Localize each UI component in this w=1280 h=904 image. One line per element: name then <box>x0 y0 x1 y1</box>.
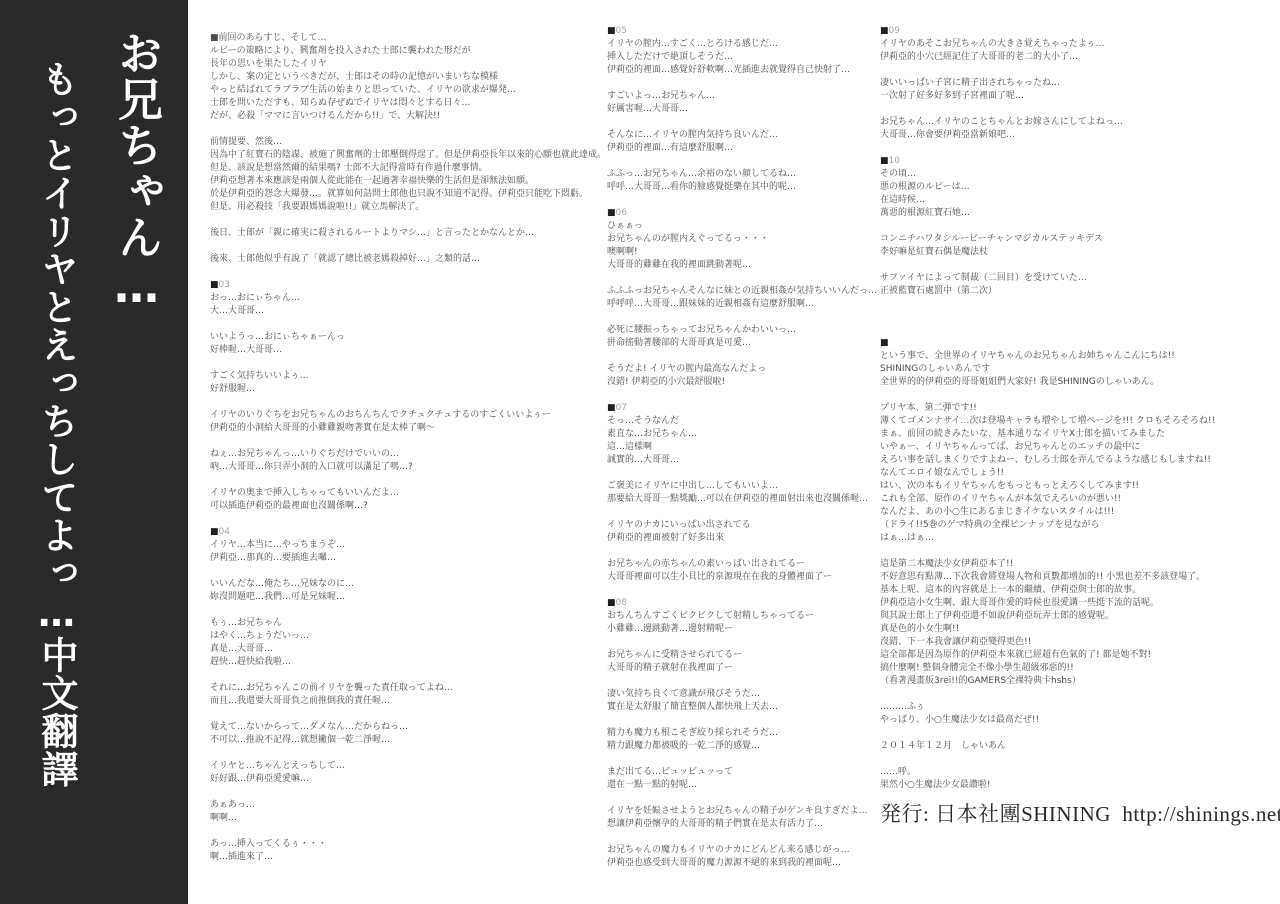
blank-line <box>210 604 606 617</box>
text-line: 伊莉亞想著本來應該是兩個人從此能在一起過著幸福快樂的生活但是卻無法如願。 <box>210 175 606 188</box>
text-line: はぁ…はぁ… <box>880 532 1276 545</box>
blank-line <box>607 545 879 558</box>
text-line: 伊莉亞…那真的…要插進去囉… <box>210 552 606 565</box>
text-line: 素直な…お兄ちゃん… <box>607 428 879 441</box>
text-line: コンニチハワタシルービーチャンマジカルステッキデス <box>880 233 1276 246</box>
text-line: 後日、士郎が「親に確実に殺されるルートよりマシ…」と言ったとかなんとか… <box>210 227 606 240</box>
blank-line <box>210 786 606 799</box>
text-line: 好好跟…伊莉亞愛愛嘛… <box>210 773 606 786</box>
text-line: 拼命搖動著腰部的大哥哥真是可愛… <box>607 337 879 350</box>
blank-line <box>607 831 879 844</box>
square-bullet-icon: ■ <box>607 403 616 413</box>
text-line: そんなに…イリヤの膣内気持ち良いんだ… <box>607 129 879 142</box>
square-bullet-icon: ■ <box>880 26 889 36</box>
text-line: 長年の思いを果たしたイリヤ <box>210 58 606 71</box>
text-line: 不好意思有點薄…下次我會將登場人物和頁數都增加的!! 小黑也差不多該登場了。 <box>880 571 1276 584</box>
text-line: 伊莉亞的小穴已經記住了大哥哥的老二的大小了… <box>880 51 1276 64</box>
text-line: ルビーの策略により、興奮剤を投入された士郎に襲われた形だが <box>210 45 606 58</box>
book-subtitle-translation-vertical: もっとイリヤとえっちしてよっ…中文翻譯 <box>38 60 75 788</box>
text-line: ご褒美にイリヤに中出し…してもいいよ… <box>607 480 879 493</box>
text-line: 與其說士郎上了伊莉亞還不如說伊莉亞玩弄士郎的感覺呢。 <box>880 610 1276 623</box>
text-line: 於是伊莉亞的怨念大爆發…。就算如何詰問士郎他也只說不知道不記得。伊莉亞只能吃下悶… <box>210 188 606 201</box>
text-line: 好厲害喔…大哥哥… <box>607 103 879 116</box>
blank-line <box>607 636 879 649</box>
text-line: なんだよ、あの小○生にあるまじきイケないスタイルは!!! <box>880 506 1276 519</box>
text-line: 悪の根源のルビーは… <box>880 181 1276 194</box>
book-title-vertical: お兄ちゃん… <box>114 30 159 314</box>
blank-line <box>607 675 879 688</box>
blank-line <box>607 155 879 168</box>
section-number: 04 <box>219 527 230 537</box>
section-number: 07 <box>616 403 627 413</box>
text-line: いいようっ…おにぃちゃぁーんっ <box>210 331 606 344</box>
text-line: 趕快…趕快給我啦… <box>210 656 606 669</box>
text-line: お兄ちゃんのが膣内えぐってるっ・・・ <box>607 233 879 246</box>
text-line: という事で、全世界のイリヤちゃんのお兄ちゃんお姉ちゃんこんにちは!! <box>880 350 1276 363</box>
section-marker: ■ <box>880 337 1276 350</box>
text-line: 但是、該說是想當然爾的結果嗎? 士郎不大記得當時有作過什麼事情。 <box>210 162 606 175</box>
text-line: えろい事を話しまくりですよねー、むしろ士郎を弄んでるような感じもしますね!! <box>880 454 1276 467</box>
blank-line <box>210 474 606 487</box>
blank-line <box>607 194 879 207</box>
text-line: しかし、案の定というべきだが、士郎はその時の記憶がいまいちな模様 <box>210 71 606 84</box>
section-marker: ■05 <box>607 25 879 38</box>
text-line: 精力跟魔力都被吸的一乾二淨的感覺… <box>607 740 879 753</box>
square-bullet-icon: ■ <box>607 208 616 218</box>
publisher-line: 発行: 日本社團SHINING http://shinings.net/ <box>880 798 1280 828</box>
section-number: 09 <box>889 26 900 36</box>
blank-line <box>880 727 1276 740</box>
text-line: すごいよっ…お兄ちゃん… <box>607 90 879 103</box>
blank-line <box>880 389 1276 402</box>
square-bullet-icon: ■ <box>210 527 219 537</box>
text-line: 伊莉亞這小女生啊、跟大哥哥作愛的時候也很愛講一些挺下流的話呢。 <box>880 597 1276 610</box>
blank-line <box>880 753 1276 766</box>
blank-line <box>210 708 606 721</box>
blank-line <box>607 714 879 727</box>
blank-line <box>607 584 879 597</box>
text-line: 覚えて…ないからって…ダメなん…だからねっ… <box>210 721 606 734</box>
text-line: 凄い気持ち良くて意識が飛びそうだ… <box>607 688 879 701</box>
text-line: イリヤのあそこお兄ちゃんの大きさ覚えちゃったよぅ… <box>880 38 1276 51</box>
text-line: 還在一點一點的射呢… <box>607 779 879 792</box>
blank-line <box>880 103 1276 116</box>
text-line: いいんだな…俺たち…兄妹なのに… <box>210 578 606 591</box>
text-line: やっと結ばれてラブラブ生活の始まりと思っていた、イリヤの欲求が爆発… <box>210 84 606 97</box>
text-line: 伊莉亞的裡面…有這麼舒服啊… <box>607 142 879 155</box>
text-line: 基本上呢、這本的內容就是上一本的繼續、伊莉亞與士郎的故事。 <box>880 584 1276 597</box>
blank-line <box>607 506 879 519</box>
text-line: お兄ちゃんに受精させられてるー <box>607 649 879 662</box>
text-line: 啊啊… <box>210 812 606 825</box>
blank-line <box>210 747 606 760</box>
text-line: 伊莉亞也感受到大哥哥的魔力源源不絕的來到我的裡面呢… <box>607 857 879 870</box>
section-marker: ■03 <box>210 279 606 292</box>
text-line: 可以插進伊莉亞的最裡面也沒關係啊…? <box>210 500 606 513</box>
blank-line <box>607 389 879 402</box>
text-line: ふふっ…お兄ちゃん…余裕のない顔してるね… <box>607 168 879 181</box>
text-line: あぁあっ… <box>210 799 606 812</box>
title-sidebar: お兄ちゃん… もっとイリヤとえっちしてよっ…中文翻譯 <box>0 0 188 904</box>
doujinshi-afterword-page: お兄ちゃん… もっとイリヤとえっちしてよっ…中文翻譯 ■前回のあらすじ、そして…… <box>0 0 1280 904</box>
text-line: ■前回のあらすじ、そして… <box>210 32 606 45</box>
text-line: だが、必殺「ママに言いつけるんだから!!」で、大解決!! <box>210 110 606 123</box>
blank-line <box>210 357 606 370</box>
blank-line <box>880 220 1276 233</box>
text-line: イリヤのナカにいっぱい出されてる <box>607 519 879 532</box>
text-line: いやぁー、イリヤちゃんってば、お兄ちゃんとのエッチの最中に <box>880 441 1276 454</box>
blank-line <box>607 311 879 324</box>
section-marker: ■06 <box>607 207 879 220</box>
text-line: ……呼。 <box>880 766 1276 779</box>
square-bullet-icon: ■ <box>210 280 219 290</box>
text-line: 而且…我還要大哥哥負之前推倒我的責任喔… <box>210 695 606 708</box>
section-marker: ■07 <box>607 402 879 415</box>
text-line: 伊莉亞的小洞給大哥哥的小雞雞親吻著實在是太棒了啊～ <box>210 422 606 435</box>
text-line: 好棒喔…大哥哥… <box>210 344 606 357</box>
text-line: それに…お兄ちゃんこの前イリヤを襲った責任取ってよね… <box>210 682 606 695</box>
text-line: （看著漫畫版3rei!!的GAMERS全裸特典卡hshs） <box>880 675 1276 688</box>
blank-line <box>607 116 879 129</box>
text-line: もぅ…お兄ちゃん <box>210 617 606 630</box>
text-line: 啊…插進來了… <box>210 851 606 864</box>
text-line: 沒錯、下一本我會讓伊莉亞變得更色!! <box>880 636 1276 649</box>
text-line: おちんちんすごくビクビクして射精しちゃってるー <box>607 610 879 623</box>
text-line: 實在是太舒服了簡直整個人都快飛上天去… <box>607 701 879 714</box>
text-line: 那要給大哥哥一點獎勵…可以在伊莉亞的裡面射出來也沒關係喔… <box>607 493 879 506</box>
text-line: お兄ちゃんの魔力もイリヤのナカにどんどん来る感じがっ… <box>607 844 879 857</box>
text-line: 伊莉亞的裡面…感覺好舒軟啊…光插進去就覺得自己快射了… <box>607 64 879 77</box>
text-line: 吶…大哥哥…你只弄小洞的入口就可以滿足了嗎…? <box>210 461 606 474</box>
text-line: イリヤと…ちゃんとえっちして… <box>210 760 606 773</box>
text-line: ひぁぁっ <box>607 220 879 233</box>
section-number: 06 <box>616 208 627 218</box>
section-number: 03 <box>219 280 230 290</box>
text-line: お兄ちゃんの赤ちゃんの素いっぱい出されてるー <box>607 558 879 571</box>
text-line: 這是第二本魔法少女伊莉亞本了!! <box>880 558 1276 571</box>
blank-line <box>880 142 1276 155</box>
text-line: 真是…大哥哥… <box>210 643 606 656</box>
text-line: イリヤを妊娠させようとお兄ちゃんの精子がゲンキ良すぎだよ… <box>607 805 879 818</box>
blank-line <box>880 298 1276 311</box>
text-line: SHININGのしゃいあんです <box>880 363 1276 376</box>
text-line: 搞什麼啊! 整個身體完全不像小學生超級邪惡的!! <box>880 662 1276 675</box>
blank-line <box>210 513 606 526</box>
text-line: はやく…ちょうだいっ… <box>210 630 606 643</box>
text-line: 前情提要、然後… <box>210 136 606 149</box>
text-line: おっ…おにぃちゃん… <box>210 292 606 305</box>
text-line: あっ…挿入ってくるぅ・・・ <box>210 838 606 851</box>
text-line: 不可以…推說不記得…就想撇個一乾二淨喔… <box>210 734 606 747</box>
text-line: 一次射了好多好多到子宮裡面了呢… <box>880 90 1276 103</box>
text-line: ………ふぅ <box>880 701 1276 714</box>
text-line: なんてエロイ娘なんでしょう!! <box>880 467 1276 480</box>
text-line: 呼呼…大哥哥…看你的臉感覺挺樂在其中的呢… <box>607 181 879 194</box>
blank-line <box>880 688 1276 701</box>
text-line: （ドライ!!5巻のゲマ特典の全裸ピンナップを見ながら <box>880 519 1276 532</box>
text-line: 在這時候… <box>880 194 1276 207</box>
text-line: 正被藍寶石處罰中（第二次） <box>880 285 1276 298</box>
text-line: 挿入しただけで絶頂しそうだ… <box>607 51 879 64</box>
text-line: 大哥哥的雞雞在我的裡面跳動著呢… <box>607 259 879 272</box>
text-line: 大哥哥…你會要伊莉亞當新娘吧… <box>880 129 1276 142</box>
blank-line <box>210 669 606 682</box>
text-column-3: ■09イリヤのあそこお兄ちゃんの大きさ覚えちゃったよぅ…伊莉亞的小穴已經記住了大… <box>880 25 1276 792</box>
text-line: イリヤの膣内…すごく…とろける感じだ… <box>607 38 879 51</box>
text-line: プリヤ本、第二弾です!! <box>880 402 1276 415</box>
text-line: 沒錯! 伊莉亞的小穴最舒服啦! <box>607 376 879 389</box>
blank-line <box>210 240 606 253</box>
text-line: ふふふっお兄ちゃんそんなに妹との近親相姦が気持ちいいんだっ… <box>607 285 879 298</box>
text-line: 伊莉亞的裡面被射了好多出來 <box>607 532 879 545</box>
section-marker: ■09 <box>880 25 1276 38</box>
text-line: 萬惡的根源紅寶石她… <box>880 207 1276 220</box>
square-bullet-icon: ■ <box>607 26 616 36</box>
blank-line <box>880 545 1276 558</box>
text-line: 全世界的的伊莉亞的哥哥姐姐們大家好! 我是SHININGのしゃいあん。 <box>880 376 1276 389</box>
blank-line <box>607 350 879 363</box>
section-number: 10 <box>889 156 900 166</box>
text-line: 呼呼呼…大哥哥…跟妹妹的近親相姦有這麼舒服啊… <box>607 298 879 311</box>
text-line: まぁ、前回の続きみたいな、基本通りなイリヤX士郎を描いてみました <box>880 428 1276 441</box>
text-line: ２０１４年１２月 しゃいあん <box>880 740 1276 753</box>
text-line: お兄ちゃん…イリヤのことちゃんとお嫁さんにしてよねっ… <box>880 116 1276 129</box>
section-marker: ■04 <box>210 526 606 539</box>
text-line: 士郎を問いただすも、知らぬ存ぜぬでイリヤは悶々とする日々… <box>210 97 606 110</box>
blank-line <box>607 272 879 285</box>
text-line: 噢啊啊! <box>607 246 879 259</box>
blank-line <box>210 565 606 578</box>
text-line: 凄いいっぱい子宮に精子出されちゃったね… <box>880 77 1276 90</box>
text-line: 薄くてゴメンナサイ…次は登場キャラも増やして増ページを!!! クロもそろそろね!… <box>880 415 1276 428</box>
text-line: 果然小○生魔法少女最讚啦! <box>880 779 1276 792</box>
text-line: 李好嘛是紅寶石偶是魔法杖 <box>880 246 1276 259</box>
text-line: 真是色的小女生啊!! <box>880 623 1276 636</box>
text-line: やっぱり、小○生魔法少女は最高だぜ!! <box>880 714 1276 727</box>
text-line: 誠實的…大哥哥… <box>607 454 879 467</box>
text-line: そうだよ! イリヤの膣内最高なんだよっ <box>607 363 879 376</box>
blank-line <box>607 77 879 90</box>
text-line: 妳沒問題吧…我們…可是兄妹喔… <box>210 591 606 604</box>
square-bullet-icon: ■ <box>607 598 616 608</box>
text-line: 大哥哥裡面可以生小貝比的泉源現在在我的身體裡面了ー <box>607 571 879 584</box>
blank-line <box>210 318 606 331</box>
text-line: 精力も魔力も根こそぎ絞り採られそうだ… <box>607 727 879 740</box>
blank-line <box>607 467 879 480</box>
square-bullet-icon: ■ <box>880 156 889 166</box>
text-line: まだ出てる…ビュッビュッって <box>607 766 879 779</box>
text-line: すごく気持ちいいよぅ… <box>210 370 606 383</box>
text-line: 這全部都是因為原作的伊莉亞本來就已經超有色氣的了! 都是她不對! <box>880 649 1276 662</box>
text-line: 大…大哥哥… <box>210 305 606 318</box>
text-line: これも全部、原作のイリヤちゃんが本気でえろいのが悪い!! <box>880 493 1276 506</box>
blank-line <box>880 324 1276 337</box>
blank-line <box>210 123 606 136</box>
blank-line <box>210 825 606 838</box>
section-number: 08 <box>616 598 627 608</box>
text-line: 這…這樣啊 <box>607 441 879 454</box>
text-line: 大哥哥的精子就射在我裡面了ー <box>607 662 879 675</box>
blank-line <box>607 753 879 766</box>
text-line: ねぇ…お兄ちゃんっ…いりぐちだけでいいの… <box>210 448 606 461</box>
text-line: そっ…そうなんだ <box>607 415 879 428</box>
text-line: サファイヤによって制裁（二回目）を受けていた… <box>880 272 1276 285</box>
text-line: イリヤのいりぐちをお兄ちゃんのおちんちんでクチュクチュするのすごくいいよぅー <box>210 409 606 422</box>
section-number: 05 <box>616 26 627 36</box>
text-line: イリヤの奥まで挿入しちゃってもいいんだよ… <box>210 487 606 500</box>
blank-line <box>210 435 606 448</box>
text-line: 想讓伊莉亞懷孕的大哥哥的精子們實在是太有活力了… <box>607 818 879 831</box>
text-line: 好舒服喔… <box>210 383 606 396</box>
blank-line <box>210 214 606 227</box>
text-line: 因為中了紅寶石的陰謀、被施了興奮劑的士郎壓倒得逞了。但是伊莉亞長年以來的心願也就… <box>210 149 606 162</box>
blank-line <box>210 266 606 279</box>
blank-line <box>880 259 1276 272</box>
text-column-1: ■前回のあらすじ、そして…ルビーの策略により、興奮剤を投入された士郎に襲われた形… <box>210 32 606 864</box>
blank-line <box>607 792 879 805</box>
text-line: 必死に腰振っちゃってお兄ちゃんかわいいっ… <box>607 324 879 337</box>
text-line: はい、次の本もイリヤちゃんをもっともっとえろくしてみます!! <box>880 480 1276 493</box>
text-line: 後來、士郎他似乎有說了「就認了總比被老媽殺掉好…」之類的話… <box>210 253 606 266</box>
text-line: その頃… <box>880 168 1276 181</box>
text-line: 小雞雞…邊跳動著…邊射精呢ー <box>607 623 879 636</box>
text-column-2: ■05イリヤの膣内…すごく…とろける感じだ…挿入しただけで絶頂しそうだ…伊莉亞的… <box>607 25 879 870</box>
blank-line <box>880 311 1276 324</box>
square-bullet-icon: ■ <box>880 338 889 348</box>
blank-line <box>880 64 1276 77</box>
text-line: イリヤ…本当に…やっちまうぞ… <box>210 539 606 552</box>
blank-line <box>210 396 606 409</box>
text-line: 但是、用必殺技「我要跟媽媽說啦!!」就立馬解決了。 <box>210 201 606 214</box>
section-marker: ■10 <box>880 155 1276 168</box>
section-marker: ■08 <box>607 597 879 610</box>
